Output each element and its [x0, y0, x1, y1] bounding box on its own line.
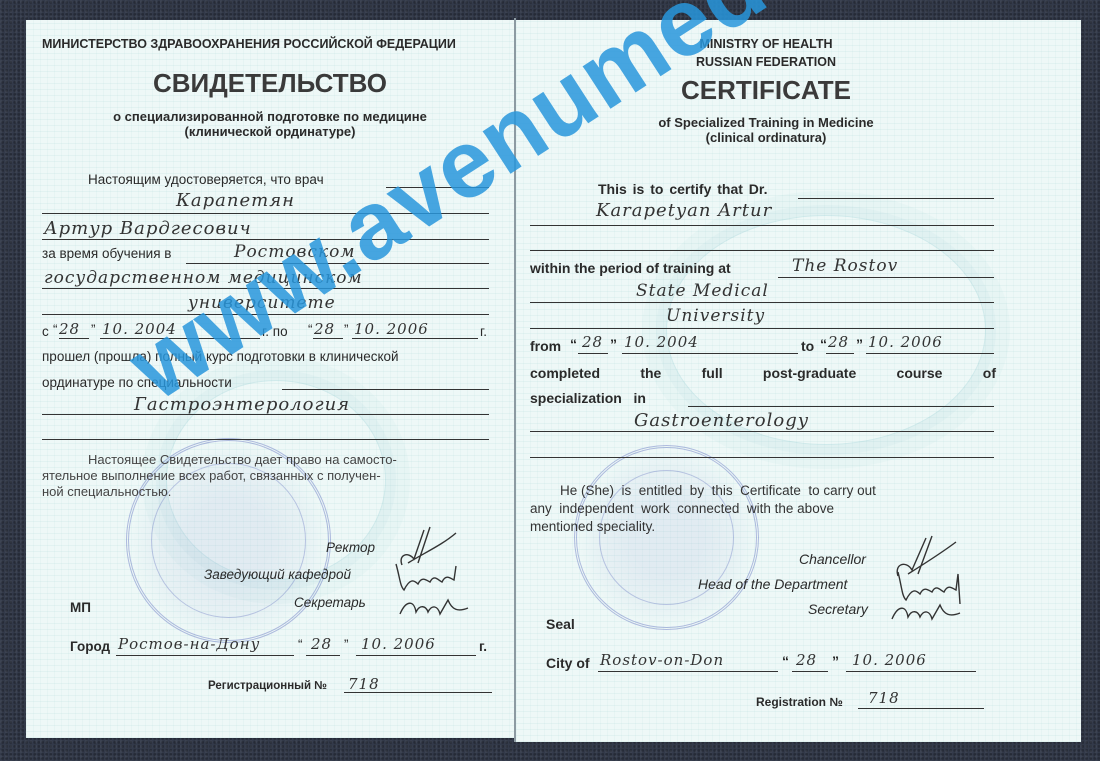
course-text: completed the full post-graduate course … — [530, 365, 996, 381]
course-word: course — [897, 365, 943, 381]
date-to-suffix: г. — [480, 324, 487, 339]
rights-text-2: any independent work connected with the … — [530, 501, 834, 516]
date-from-day: 28 — [582, 333, 603, 351]
date-from-month-year: 10. 2004 — [624, 333, 699, 351]
course-word: completed — [530, 365, 600, 381]
registration-value: 718 — [868, 689, 900, 707]
city-value: Ростов-на-Дону — [118, 635, 260, 653]
date-to-day: 28 — [828, 333, 849, 351]
secretary-signature — [396, 590, 476, 622]
department-head-label: Заведующий кафедрой — [204, 567, 351, 582]
course-word: of — [983, 365, 996, 381]
rector-label: Ректор — [326, 540, 375, 555]
document-subtitle-2: (clinical ordinatura) — [516, 130, 1016, 145]
rights-text-3: ной специальностью. — [42, 484, 171, 499]
date-to-month-year: 10. 2006 — [868, 333, 943, 351]
doctor-surname: Карапетян — [176, 190, 295, 211]
city-label: City of — [546, 655, 590, 671]
department-head-label: Head of the Department — [698, 576, 847, 592]
city-value: Rostov-on-Don — [600, 651, 724, 669]
ministry-heading-1: MINISTRY OF HEALTH — [516, 37, 1016, 51]
right-page-english: MINISTRY OF HEALTH RUSSIAN FEDERATION CE… — [516, 20, 1081, 742]
ministry-heading-2: RUSSIAN FEDERATION — [516, 55, 1016, 69]
course-text-1: прошел (прошла) полный курс подготовки в… — [42, 349, 399, 364]
course-text-2: ординатуре по специальности — [42, 375, 232, 390]
from-label: from — [530, 338, 561, 354]
registration-label: Регистрационный № — [208, 680, 327, 692]
registration-value: 718 — [348, 675, 380, 693]
document-subtitle: of Specialized Training in Medicine — [516, 115, 1016, 130]
document-title: СВИДЕТЕЛЬСТВО — [26, 68, 514, 99]
ministry-heading: МИНИСТЕРСТВО ЗДРАВООХРАНЕНИЯ РОССИЙСКОЙ … — [42, 37, 456, 51]
secretary-signature — [888, 595, 968, 627]
date-from-month-year: 10. 2004 — [102, 320, 177, 338]
certify-label: Настоящим удостоверяется, что врач — [88, 172, 324, 187]
course-word: post-graduate — [763, 365, 856, 381]
certify-label: This is to certify that Dr. — [598, 181, 767, 197]
date-to-prefix: г. по — [262, 324, 288, 339]
date-from-day: 28 — [59, 320, 80, 338]
doctor-given-names: Артур Вардгесович — [44, 218, 252, 239]
institution-line-2: State Medical — [636, 281, 769, 301]
date-from-prefix: с — [42, 324, 49, 339]
left-page-russian: МИНИСТЕРСТВО ЗДРАВООХРАНЕНИЯ РОССИЙСКОЙ … — [26, 20, 514, 738]
institution-line-1: The Rostov — [792, 256, 898, 276]
date-to-month-year: 10. 2006 — [354, 320, 429, 338]
document-subtitle-2: (клинической ординатуре) — [26, 124, 514, 139]
document-title: CERTIFICATE — [516, 75, 1016, 106]
institution-line-3: University — [666, 306, 765, 326]
seal-place-label: Seal — [546, 616, 575, 632]
city-label: Город — [70, 639, 110, 654]
rights-text-2: ятельное выполнение всех работ, связанны… — [42, 468, 381, 483]
issue-month-year: 10. 2006 — [361, 635, 436, 653]
training-label: within the period of training at — [530, 260, 731, 276]
specialty-value: Гастроэнтерология — [134, 394, 350, 415]
course-word: the — [640, 365, 661, 381]
document-subtitle: о специализированной подготовке по медиц… — [26, 109, 514, 124]
issue-day: 28 — [796, 651, 817, 669]
doctor-name: Karapetyan Artur — [596, 200, 772, 221]
to-label: to — [801, 338, 814, 354]
rights-text-1: He (She) is entitled by this Certificate… — [560, 483, 876, 498]
course-word: full — [702, 365, 723, 381]
chancellor-label: Chancellor — [799, 551, 866, 567]
registration-label: Registration № — [756, 695, 843, 709]
rights-text-3: mentioned speciality. — [530, 519, 655, 534]
training-label: за время обучения в — [42, 246, 171, 261]
secretary-label: Секретарь — [294, 595, 366, 610]
specialization-label: specialization in — [530, 390, 646, 406]
issue-year-suffix: г. — [479, 639, 487, 654]
institution-line-3: университете — [188, 293, 336, 313]
specialty-value: Gastroenterology — [634, 410, 809, 431]
issue-day: 28 — [311, 635, 332, 653]
issue-month-year: 10. 2006 — [852, 651, 927, 669]
secretary-label: Secretary — [808, 601, 868, 617]
official-seal-stamp — [574, 445, 759, 630]
rights-text-1: Настоящее Свидетельство дает право на са… — [88, 452, 397, 467]
seal-place-label: МП — [70, 600, 91, 615]
institution-line-1: Ростовском — [234, 242, 355, 262]
date-to-day: 28 — [314, 320, 335, 338]
institution-line-2: государственном медицинском — [44, 268, 363, 288]
